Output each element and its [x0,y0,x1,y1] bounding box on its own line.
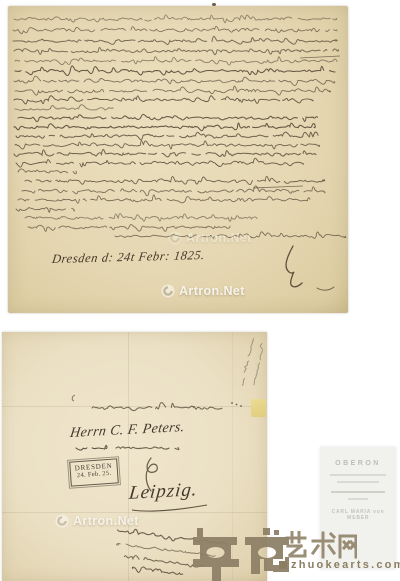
tape-stain [251,399,266,417]
auction-lot-photo: Dresden d: 24t Febr: 1825. Herrn C. F. P… [0,0,400,581]
letter-page [8,6,348,313]
ink-speck [212,3,216,6]
artron-logo-icon [168,231,182,245]
fold-line-vertical [128,332,129,581]
destination-line: Leipzig. [128,479,199,505]
zhuoke-logo-icon [193,528,289,581]
artron-watermark-label: Artron.Net [73,514,139,528]
card-faint-line [348,498,368,500]
card-title: OBERON [320,460,396,467]
artron-watermark-label: Artron.Net [186,231,252,245]
artron-watermark: Artron.Net [161,284,245,298]
zhuokearts-watermark: zhuokearts.com [193,528,400,581]
card-faint-line [331,491,385,493]
artron-logo-icon [161,284,175,298]
artron-watermark: Artron.Net [168,231,252,245]
square-bullet-icon [279,561,287,569]
card-faint-line [337,481,379,483]
postmark-stamp: DRESDEN 24. Feb. 25. [69,458,119,486]
zhuoke-domain-row: zhuokearts.com [279,559,400,571]
postmark-date: 24. Feb. 25. [71,469,117,480]
fold-line-horizontal-2 [2,512,267,513]
card-faint-line [330,474,386,476]
artron-logo-icon [55,514,69,528]
zhuoke-chars-icon [285,531,357,559]
fold-line-horizontal-1 [2,406,267,407]
artron-watermark: Artron.Net [55,514,139,528]
card-author: CARL MARIA von WEBER [320,509,396,521]
zhuoke-domain-label: zhuokearts.com [291,559,400,571]
artron-watermark-label: Artron.Net [179,284,245,298]
